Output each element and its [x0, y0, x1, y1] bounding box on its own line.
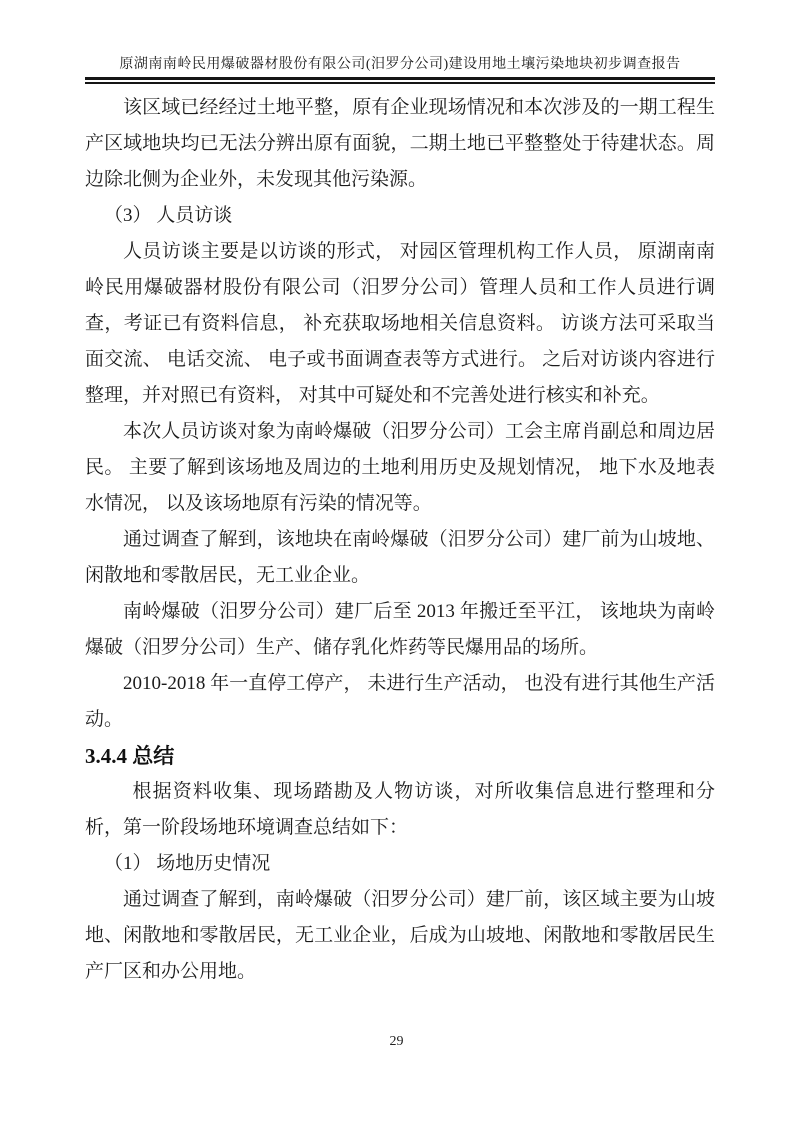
paragraph-site-history-detail: 通过调查了解到，南岭爆破（汨罗分公司）建厂前，该区域主要为山坡地、闲散地和零散居…	[85, 882, 715, 990]
header-double-rule	[85, 77, 715, 84]
paragraph-site-leveling: 该区域已经经过土地平整，原有企业现场情况和本次涉及的一期工程生产区域地块均已无法…	[85, 90, 715, 198]
page-footer: 29	[0, 1032, 793, 1050]
subsection-label-personnel-interview: （3） 人员访谈	[85, 198, 715, 234]
page-number: 29	[390, 1034, 404, 1049]
document-body: 该区域已经经过土地平整，原有企业现场情况和本次涉及的一期工程生产区域地块均已无法…	[85, 90, 715, 990]
paragraph-relocation-2013: 南岭爆破（汨罗分公司）建厂后至 2013 年搬迁至平江， 该地块为南岭爆破（汨罗…	[85, 594, 715, 666]
paragraph-shutdown-2010-2018: 2010-2018 年一直停工停产， 未进行生产活动， 也没有进行其他生产活动。	[85, 666, 715, 738]
document-page: 原湖南南岭民用爆破器材股份有限公司(汨罗分公司)建设用地土壤污染地块初步调查报告…	[0, 0, 793, 1122]
paragraph-interview-subjects: 本次人员访谈对象为南岭爆破（汨罗分公司）工会主席肖副总和周边居民。 主要了解到该…	[85, 414, 715, 522]
subsection-label-site-history: （1） 场地历史情况	[85, 846, 715, 882]
paragraph-summary-intro: 根据资料收集、现场踏勘及人物访谈，对所收集信息进行整理和分析，第一阶段场地环境调…	[85, 774, 715, 846]
paragraph-interview-method: 人员访谈主要是以访谈的形式， 对园区管理机构工作人员， 原湖南南岭民用爆破器材股…	[85, 234, 715, 414]
document-header: 原湖南南岭民用爆破器材股份有限公司(汨罗分公司)建设用地土壤污染地块初步调查报告	[85, 0, 715, 84]
paragraph-pre-construction-landuse: 通过调查了解到，该地块在南岭爆破（汨罗分公司）建厂前为山坡地、闲散地和零散居民，…	[85, 522, 715, 594]
running-header-title: 原湖南南岭民用爆破器材股份有限公司(汨罗分公司)建设用地土壤污染地块初步调查报告	[85, 56, 715, 73]
section-heading-3-4-4: 3.4.4 总结	[85, 738, 715, 774]
